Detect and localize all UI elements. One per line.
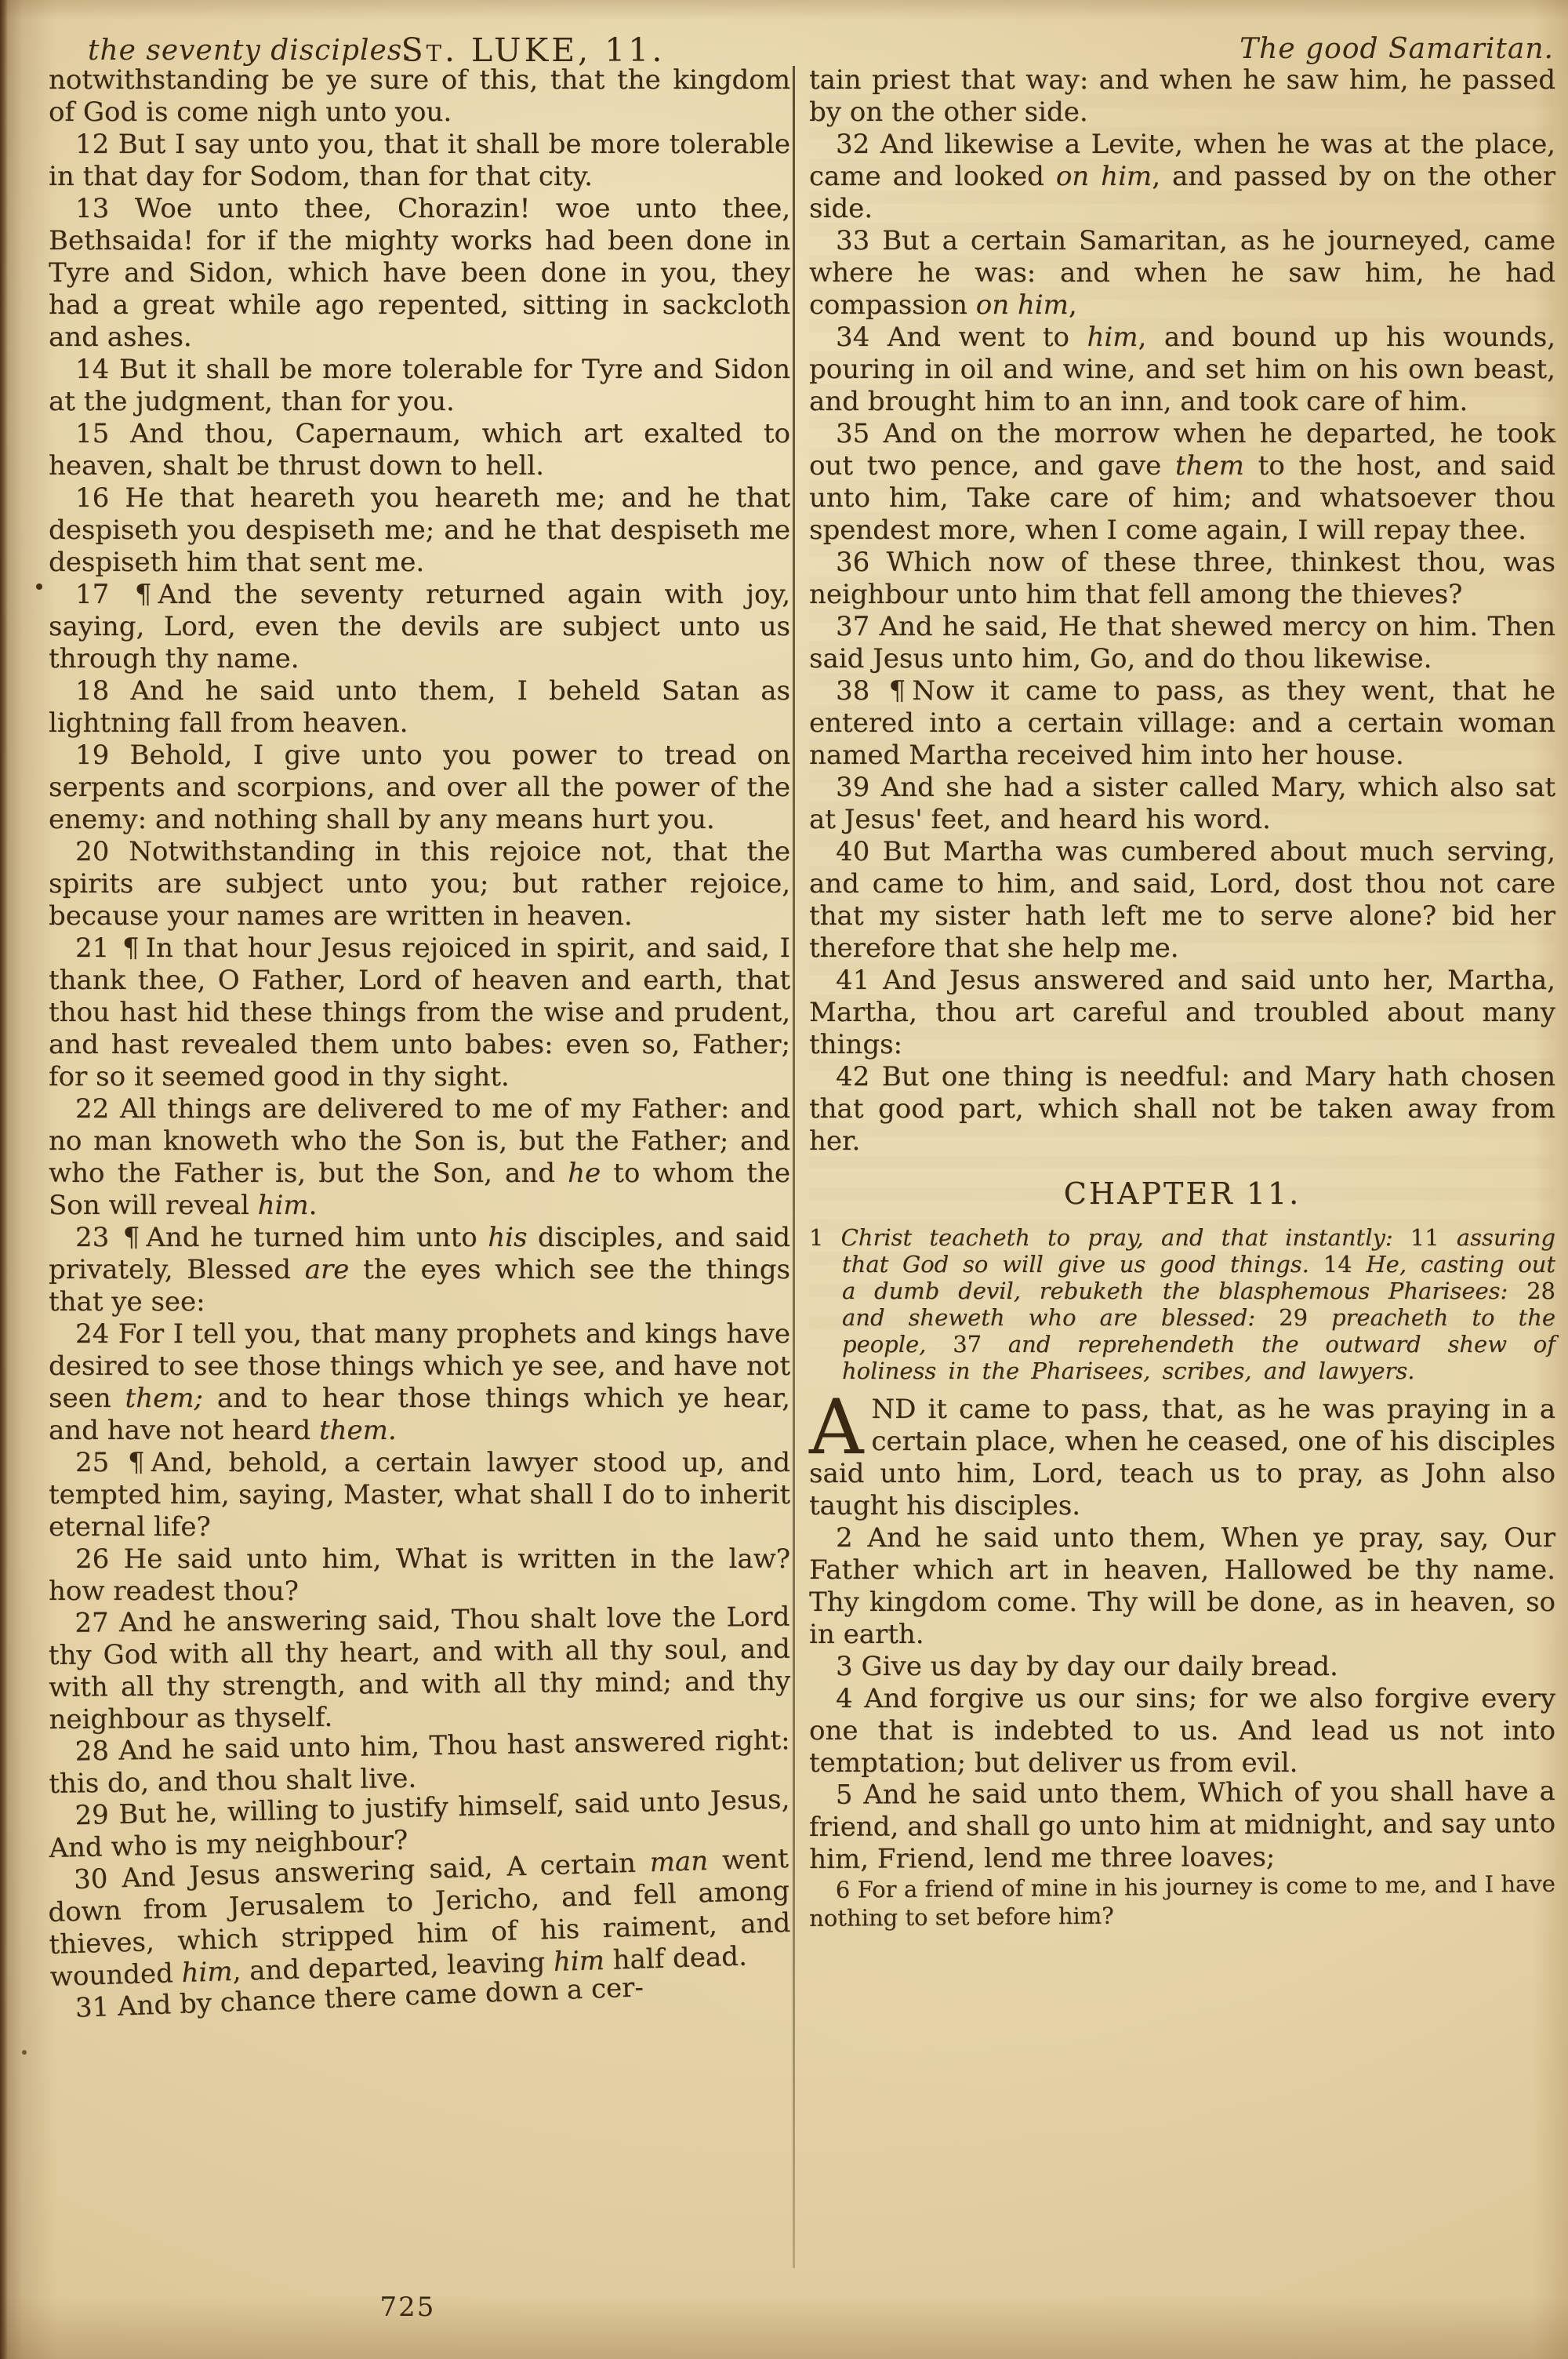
column-divider-rule	[793, 66, 795, 2268]
ink-speck	[22, 2050, 27, 2055]
page-edge-top-shadow	[0, 0, 1568, 20]
running-head-title: St. LUKE, 11.	[401, 31, 666, 69]
verse-5: 5 And he said unto them, Which of you sh…	[809, 1776, 1556, 1876]
running-head-right: The good Samaritan.	[1240, 33, 1554, 65]
verse-35: 35 And on the morrow when he departed, h…	[809, 418, 1555, 547]
verse-25: 25 ¶And, behold, a certain lawyer stood …	[49, 1447, 790, 1543]
page-number: 725	[380, 2292, 436, 2323]
verse-number: 21	[75, 932, 109, 964]
verse-4: 4 And forgive us our sins; for we also f…	[809, 1683, 1555, 1779]
verse-number: 31	[74, 1991, 110, 2024]
verse-22: 22 All things are delivered to me of my …	[49, 1093, 790, 1222]
chapter-heading: CHAPTER 11.	[809, 1178, 1555, 1210]
chapter-summary: 1 Christ teacheth to pray, and that inst…	[809, 1224, 1555, 1384]
verse-38: 38 ¶Now it came to pass, as they went, t…	[809, 675, 1555, 772]
verse-27: 27 And he answering said, Thou shalt lov…	[48, 1601, 790, 1736]
running-head-left: the seventy disciples.	[88, 35, 412, 67]
verse-34: 34 And went to him, and bound up his wou…	[809, 322, 1555, 418]
verse-number: 5	[836, 1779, 853, 1811]
verse-number: 16	[75, 482, 109, 514]
verse-3: 3 Give us day by day our daily bread.	[809, 1651, 1555, 1683]
verse-41: 41 And Jesus answered and said unto her,…	[809, 965, 1555, 1061]
verse-number: 25	[75, 1447, 109, 1478]
verse-number: 34	[836, 322, 869, 353]
verse-number: 23	[75, 1222, 109, 1253]
verse-number: 12	[75, 129, 109, 160]
verse-number: 18	[75, 675, 109, 707]
text-column-right: tain priest that way: and when he saw hi…	[809, 64, 1555, 1932]
verse-42: 42 But one thing is needful: and Mary ha…	[809, 1061, 1555, 1158]
verse-40: 40 But Martha was cumbered about much se…	[809, 836, 1555, 965]
verse-24: 24 For I tell you, that many prophets an…	[49, 1318, 790, 1447]
verse-number: 32	[836, 129, 869, 160]
verse-21: 21 ¶In that hour Jesus rejoiced in spiri…	[49, 932, 790, 1093]
verse-36: 36 Which now of these three, thinkest th…	[809, 547, 1555, 611]
verse-number: 42	[836, 1061, 869, 1092]
verse-32: 32 And likewise a Levite, when he was at…	[809, 129, 1555, 225]
verse-17: 17 ¶And the seventy returned again with …	[49, 579, 790, 675]
verse-number: 22	[75, 1093, 109, 1125]
verse-19: 19 Behold, I give unto you power to trea…	[49, 740, 790, 836]
verse-number: 37	[836, 611, 869, 642]
verse-number: 26	[75, 1543, 109, 1575]
pilcrow-mark: ¶	[886, 675, 913, 707]
verse-number: 3	[836, 1651, 853, 1682]
ink-speck	[36, 583, 42, 590]
verse-number: 28	[74, 1736, 109, 1768]
verse-number: 15	[75, 418, 109, 449]
verse-number: 2	[836, 1522, 853, 1554]
bible-page: the seventy disciples. St. LUKE, 11. The…	[0, 0, 1568, 2359]
verse-number: 27	[74, 1607, 109, 1638]
verse-15: 15 And thou, Capernaum, which art exalte…	[49, 418, 790, 482]
verse-number: 36	[836, 547, 869, 578]
verse-37: 37 And he said, He that shewed mercy on …	[809, 611, 1555, 675]
verse-number: 39	[836, 772, 869, 803]
verse-number: 20	[75, 836, 109, 867]
pilcrow-mark: ¶	[132, 579, 158, 610]
pilcrow-mark: ¶	[119, 932, 146, 964]
verse-number: 35	[836, 418, 869, 449]
verse-number: 14	[75, 354, 109, 385]
verse-number: 38	[836, 675, 869, 707]
pilcrow-mark: ¶	[125, 1447, 151, 1478]
binding-edge	[0, 0, 8, 2359]
text-column-left: notwithstanding be ye sure of this, that…	[49, 64, 790, 2026]
verse-number: 13	[75, 193, 109, 224]
pilcrow-mark: ¶	[120, 1222, 147, 1253]
verse-20: 20 Notwithstanding in this rejoice not, …	[49, 836, 790, 932]
verse-16: 16 He that heareth you heareth me; and h…	[49, 482, 790, 579]
drop-cap-letter: A	[809, 1394, 871, 1458]
verse-23: 23 ¶And he turned him unto his disciples…	[49, 1222, 790, 1318]
verse-number: 19	[75, 740, 109, 771]
verse-2: 2 And he said unto them, When ye pray, s…	[809, 1522, 1555, 1651]
verse-number: 17	[75, 579, 109, 610]
verse-12: 12 But I say unto you, that it shall be …	[49, 129, 790, 193]
verse-18: 18 And he said unto them, I beheld Satan…	[49, 675, 790, 740]
verse-26: 26 He said unto him, What is written in …	[49, 1543, 790, 1608]
verse-14: 14 But it shall be more tolerable for Ty…	[49, 354, 790, 418]
verse-number: 4	[836, 1683, 853, 1714]
page-edge-bottom-shadow	[0, 2296, 1568, 2359]
verse-continuation: tain priest that way: and when he saw hi…	[809, 64, 1555, 129]
verse-number: 24	[75, 1318, 109, 1350]
verse-13: 13 Woe unto thee, Chorazin! woe unto the…	[49, 193, 790, 354]
verse-number: 33	[836, 225, 869, 256]
verse-number: 29	[74, 1799, 109, 1831]
verse-1: AND it came to pass, that, as he was pra…	[809, 1394, 1555, 1522]
verse-39: 39 And she had a sister called Mary, whi…	[809, 772, 1555, 836]
verse-number: 6	[836, 1877, 851, 1903]
verse-6: 6 For a friend of mine in his journey is…	[809, 1870, 1556, 1932]
verse-number: 30	[74, 1863, 108, 1896]
verse-33: 33 But a certain Samaritan, as he journe…	[809, 225, 1555, 322]
verse-continuation: notwithstanding be ye sure of this, that…	[49, 64, 790, 129]
verse-number: 40	[836, 836, 869, 867]
verse-number: 41	[836, 965, 869, 996]
